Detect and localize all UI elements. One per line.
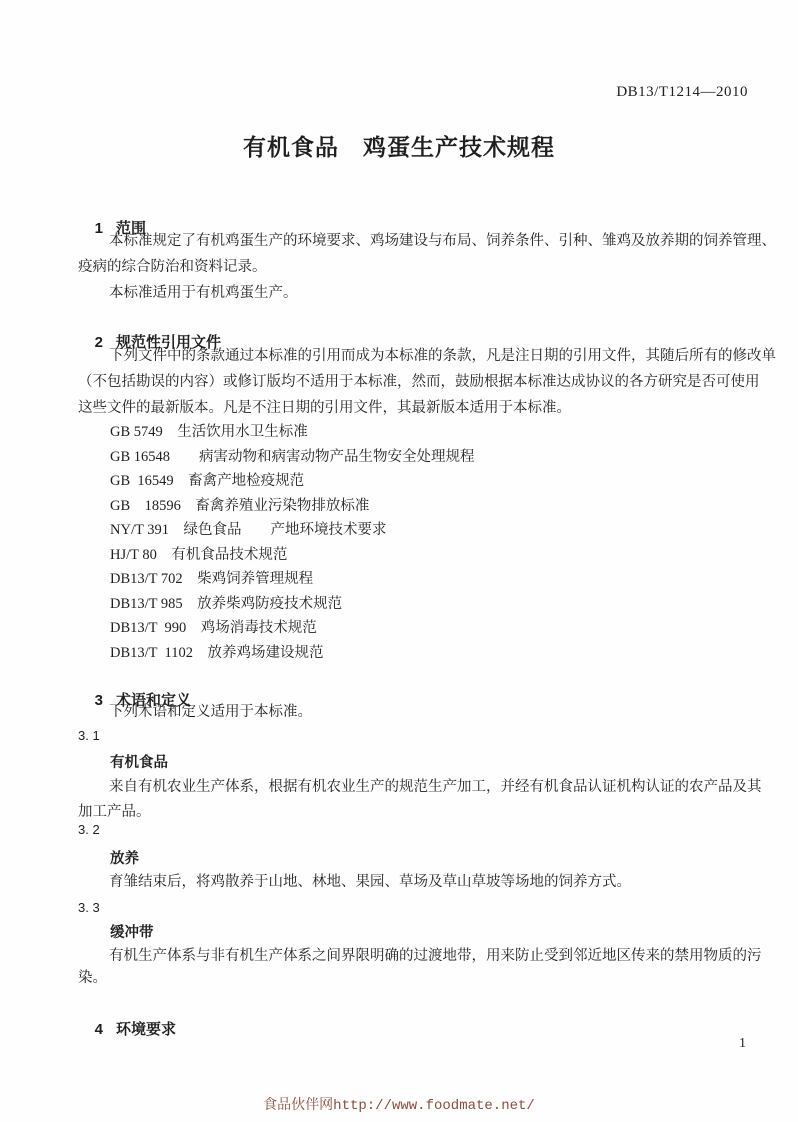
page-number: 1 bbox=[739, 1036, 746, 1052]
reference-item: GB 16549 畜禽产地检疫规范 bbox=[110, 469, 475, 494]
term-3-2-name: 放养 bbox=[110, 847, 139, 868]
scope-paragraph-line: 疫病的综合防治和资料记录。 bbox=[78, 257, 778, 277]
term-3-1-number: 3. 1 bbox=[78, 728, 100, 743]
reference-item: GB 18596 畜禽养殖业污染物排放标准 bbox=[110, 494, 475, 519]
reference-item: GB 16548 病害动物和病害动物产品生物安全处理规程 bbox=[110, 445, 475, 470]
term-3-1-definition-line: 加工产品。 bbox=[78, 802, 778, 822]
term-3-1-definition-line: 来自有机农业生产体系，根据有机农业生产的规范生产加工，并经有机食品认证机构认证的… bbox=[78, 777, 778, 797]
reference-item: DB13/T 985 放养柴鸡防疫技术规范 bbox=[110, 592, 475, 617]
term-3-2-definition-line: 育雏结束后，将鸡散养于山地、林地、果园、草场及草山草坡等场地的饲养方式。 bbox=[78, 872, 778, 892]
references-intro-line: 这些文件的最新版本。凡是不注日期的引用文件，其最新版本适用于本标准。 bbox=[78, 398, 778, 418]
references-intro-line: 下列文件中的条款通过本标准的引用而成为本标准的条款，凡是注日期的引用文件，其随后… bbox=[78, 346, 778, 366]
reference-item: NY/T 391 绿色食品 产地环境技术要求 bbox=[110, 518, 475, 543]
term-3-2-number: 3. 2 bbox=[78, 822, 100, 837]
term-3-3-number: 3. 3 bbox=[78, 900, 100, 915]
term-3-1-name: 有机食品 bbox=[110, 751, 168, 772]
term-3-3-definition-line: 有机生产体系与非有机生产体系之间界限明确的过渡地带，用来防止受到邻近地区传来的禁… bbox=[78, 946, 778, 966]
scope-applicability-line: 本标准适用于有机鸡蛋生产。 bbox=[78, 283, 778, 303]
terms-intro-line: 下列术语和定义适用于本标准。 bbox=[78, 702, 778, 722]
document-title: 有机食品 鸡蛋生产技术规程 bbox=[0, 129, 798, 162]
reference-item: GB 5749 生活饮用水卫生标准 bbox=[110, 420, 475, 445]
scope-paragraph-line: 本标准规定了有机鸡蛋生产的环境要求、鸡场建设与布局、饲养条件、引种、雏鸡及放养期… bbox=[78, 231, 778, 251]
standard-number: DB13/T1214—2010 bbox=[616, 84, 748, 101]
reference-item: HJ/T 80 有机食品技术规范 bbox=[110, 543, 475, 568]
term-3-3-name: 缓冲带 bbox=[110, 921, 154, 942]
reference-list: GB 5749 生活饮用水卫生标准 GB 16548 病害动物和病害动物产品生物… bbox=[110, 420, 475, 665]
reference-item: DB13/T 990 鸡场消毒技术规范 bbox=[110, 616, 475, 641]
term-3-3-definition-line: 染。 bbox=[78, 968, 778, 988]
references-intro-line: （不包括勘误的内容）或修订版均不适用于本标准，然而，鼓励根据本标准达成协议的各方… bbox=[78, 372, 778, 392]
reference-item: DB13/T 702 柴鸡饲养管理规程 bbox=[110, 567, 475, 592]
section-4-number: 4 bbox=[95, 1021, 103, 1038]
document-page: DB13/T1214—2010 有机食品 鸡蛋生产技术规程 1范围 本标准规定了… bbox=[0, 0, 798, 1122]
reference-item: DB13/T 1102 放养鸡场建设规范 bbox=[110, 641, 475, 666]
section-4-label: 环境要求 bbox=[116, 1021, 176, 1038]
footer-watermark: 食品伙伴网http://www.foodmate.net/ bbox=[0, 1094, 798, 1114]
section-4-heading: 4环境要求 bbox=[78, 1001, 176, 1056]
